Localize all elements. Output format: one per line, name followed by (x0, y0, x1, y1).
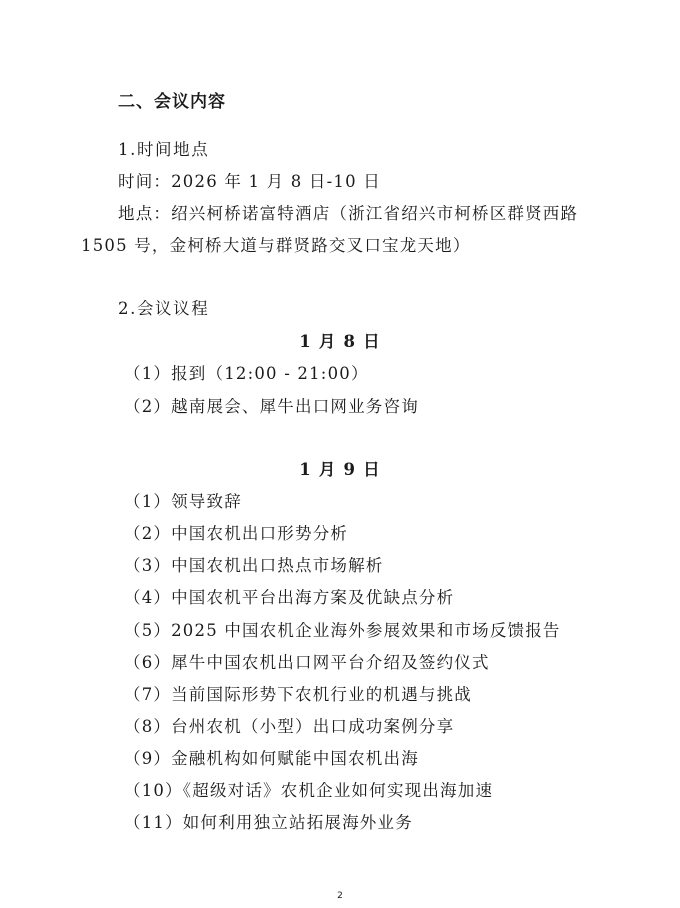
agenda-day-date: 1 月 9 日 (0, 459, 680, 481)
event-place-line1: 地点：绍兴柯桥诺富特酒店（浙江省绍兴市柯桥区群贤西路 (118, 203, 578, 225)
agenda-item: （3）中国农机出口热点市场解析 (124, 555, 384, 577)
agenda-item: （2）越南展会、犀牛出口网业务咨询 (124, 396, 419, 418)
agenda-item: （1）报到（12:00 - 21:00） (124, 363, 369, 385)
section-title: 二、会议内容 (118, 91, 226, 113)
page-number: 2 (0, 891, 680, 901)
agenda-item: （1）领导致辞 (124, 491, 242, 513)
agenda-item: （8）台州农机（小型）出口成功案例分享 (124, 716, 454, 738)
event-place-line2: 1505 号，金柯桥大道与群贤路交叉口宝龙天地） (81, 235, 471, 257)
agenda-item: （11）如何利用独立站拓展海外业务 (124, 812, 413, 834)
agenda-day-date: 1 月 8 日 (0, 331, 680, 353)
agenda-heading: 2.会议议程 (118, 298, 209, 320)
agenda-item: （2）中国农机出口形势分析 (124, 523, 348, 545)
agenda-item: （5）2025 中国农机企业海外参展效果和市场反馈报告 (124, 620, 561, 642)
agenda-item: （7）当前国际形势下农机行业的机遇与挑战 (124, 684, 472, 706)
event-time: 时间：2026 年 1 月 8 日-10 日 (118, 171, 381, 193)
time-place-heading: 1.时间地点 (118, 139, 209, 161)
agenda-item: （6）犀牛中国农机出口网平台介绍及签约仪式 (124, 652, 490, 674)
agenda-item: （4）中国农机平台出海方案及优缺点分析 (124, 587, 454, 609)
agenda-item: （9）金融机构如何赋能中国农机出海 (124, 748, 419, 770)
agenda-item: （10）《超级对话》农机企业如何实现出海加速 (124, 780, 493, 802)
